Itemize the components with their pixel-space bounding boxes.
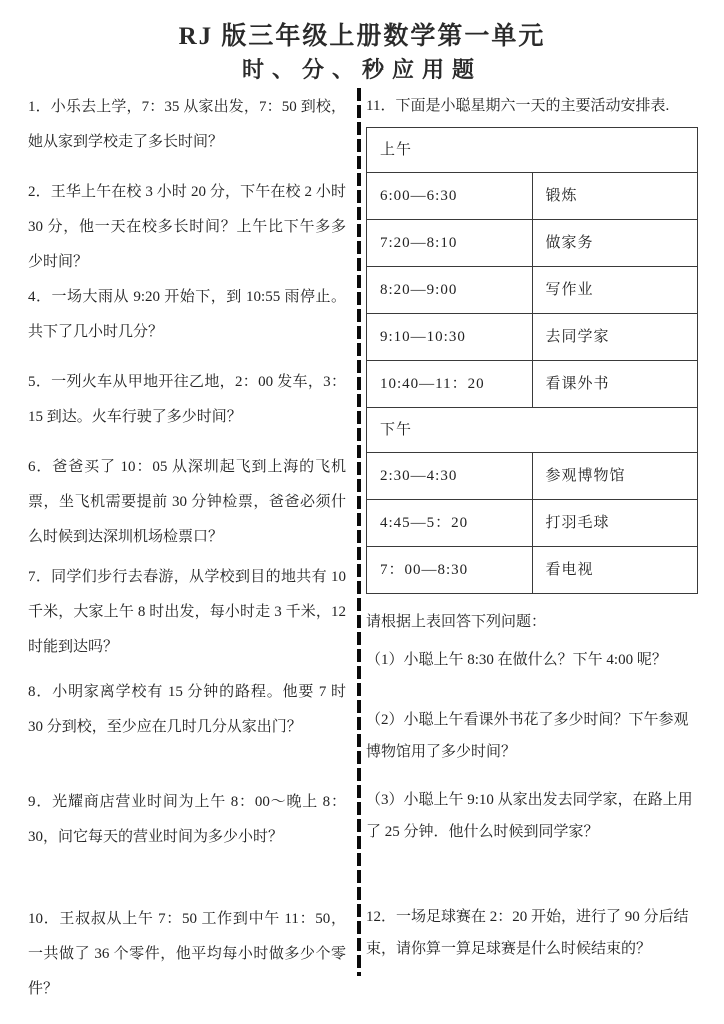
activity-cell: 去同学家 [532,314,698,361]
problem-9: 9．光耀商店营业时间为上午 8：00～晚上 8：30，问它每天的营业时间为多少小… [28,785,346,902]
time-cell: 10:40—11：20 [367,361,533,408]
page-subtitle: 时、分、秒应用题 [0,54,724,86]
worksheet-header: RJ 版三年级上册数学第一单元 时、分、秒应用题 [0,20,724,86]
sub-question-2: （2）小聪上午看课外书花了多少时间？下午参观博物馆用了多少时间？ [366,704,700,784]
activity-cell: 看课外书 [532,361,698,408]
time-cell: 7：00—8:30 [367,547,533,594]
table-row: 4:45—5：20 打羽毛球 [367,500,698,547]
problem-12: 12．一场足球赛在 2：20 开始，进行了 90 分后结束，请你算一算足球赛是什… [366,901,700,965]
section-header-cell: 下午 [367,408,698,453]
activity-cell: 锻炼 [532,173,698,220]
table-row: 7：00—8:30 看电视 [367,547,698,594]
section-header-cell: 上午 [367,128,698,173]
worksheet-columns: 1．小乐去上学，7：35 从家出发，7：50 到校，她从家到学校走了多长时间？ … [0,90,724,1007]
schedule-table: 上午 6:00—6:30 锻炼 7:20—8:10 做家务 8:20—9:00 … [366,127,698,594]
left-column: 1．小乐去上学，7：35 从家出发，7：50 到校，她从家到学校走了多长时间？ … [0,90,356,1007]
time-cell: 7:20—8:10 [367,220,533,267]
problem-6: 6．爸爸买了 10：05 从深圳起飞到上海的飞机票，坐飞机需要提前 30 分钟检… [28,450,346,560]
activity-cell: 看电视 [532,547,698,594]
problem-2: 2．王华上午在校 3 小时 20 分，下午在校 2 小时 30 分，他一天在校多… [28,175,346,280]
activity-cell: 打羽毛球 [532,500,698,547]
sub-question-1: （1）小聪上午 8:30 在做什么？下午 4:00 呢？ [366,644,700,704]
table-section-morning: 上午 [367,128,698,173]
problem-4: 4．一场大雨从 9:20 开始下，到 10:55 雨停止。共下了几小时几分？ [28,280,346,365]
problem-11-intro: 11．下面是小聪星期六一天的主要活动安排表. [366,90,700,122]
right-column: 11．下面是小聪星期六一天的主要活动安排表. 上午 6:00—6:30 锻炼 7… [356,90,712,1007]
activity-cell: 参观博物馆 [532,453,698,500]
questions-intro: 请根据上表回答下列问题： [366,606,700,638]
table-row: 9:10—10:30 去同学家 [367,314,698,361]
worksheet-page: RJ 版三年级上册数学第一单元 时、分、秒应用题 1．小乐去上学，7：35 从家… [0,0,724,1024]
time-cell: 9:10—10:30 [367,314,533,361]
problem-5: 5．一列火车从甲地开往乙地，2：00 发车，3：15 到达。火车行驶了多少时间？ [28,365,346,450]
problem-7: 7．同学们步行去春游，从学校到目的地共有 10 千米，大家上午 8 时出发，每小… [28,560,346,675]
page-title: RJ 版三年级上册数学第一单元 [0,20,724,54]
activity-cell: 写作业 [532,267,698,314]
time-cell: 2:30—4:30 [367,453,533,500]
sub-question-3: （3）小聪上午 9:10 从家出发去同学家，在路上用了 25 分钟．他什么时候到… [366,784,700,901]
activity-cell: 做家务 [532,220,698,267]
problem-1: 1．小乐去上学，7：35 从家出发，7：50 到校，她从家到学校走了多长时间？ [28,90,346,175]
problem-10: 10．王叔叔从上午 7：50 工作到中午 11：50，一共做了 36 个零件，他… [28,902,346,1007]
time-cell: 4:45—5：20 [367,500,533,547]
table-row: 8:20—9:00 写作业 [367,267,698,314]
problem-8: 8．小明家离学校有 15 分钟的路程。他要 7 时 30 分到校，至少应在几时几… [28,675,346,785]
table-row: 2:30—4:30 参观博物馆 [367,453,698,500]
time-cell: 6:00—6:30 [367,173,533,220]
table-row: 10:40—11：20 看课外书 [367,361,698,408]
table-row: 6:00—6:30 锻炼 [367,173,698,220]
table-row: 7:20—8:10 做家务 [367,220,698,267]
time-cell: 8:20—9:00 [367,267,533,314]
table-section-afternoon: 下午 [367,408,698,453]
column-divider [357,88,361,976]
